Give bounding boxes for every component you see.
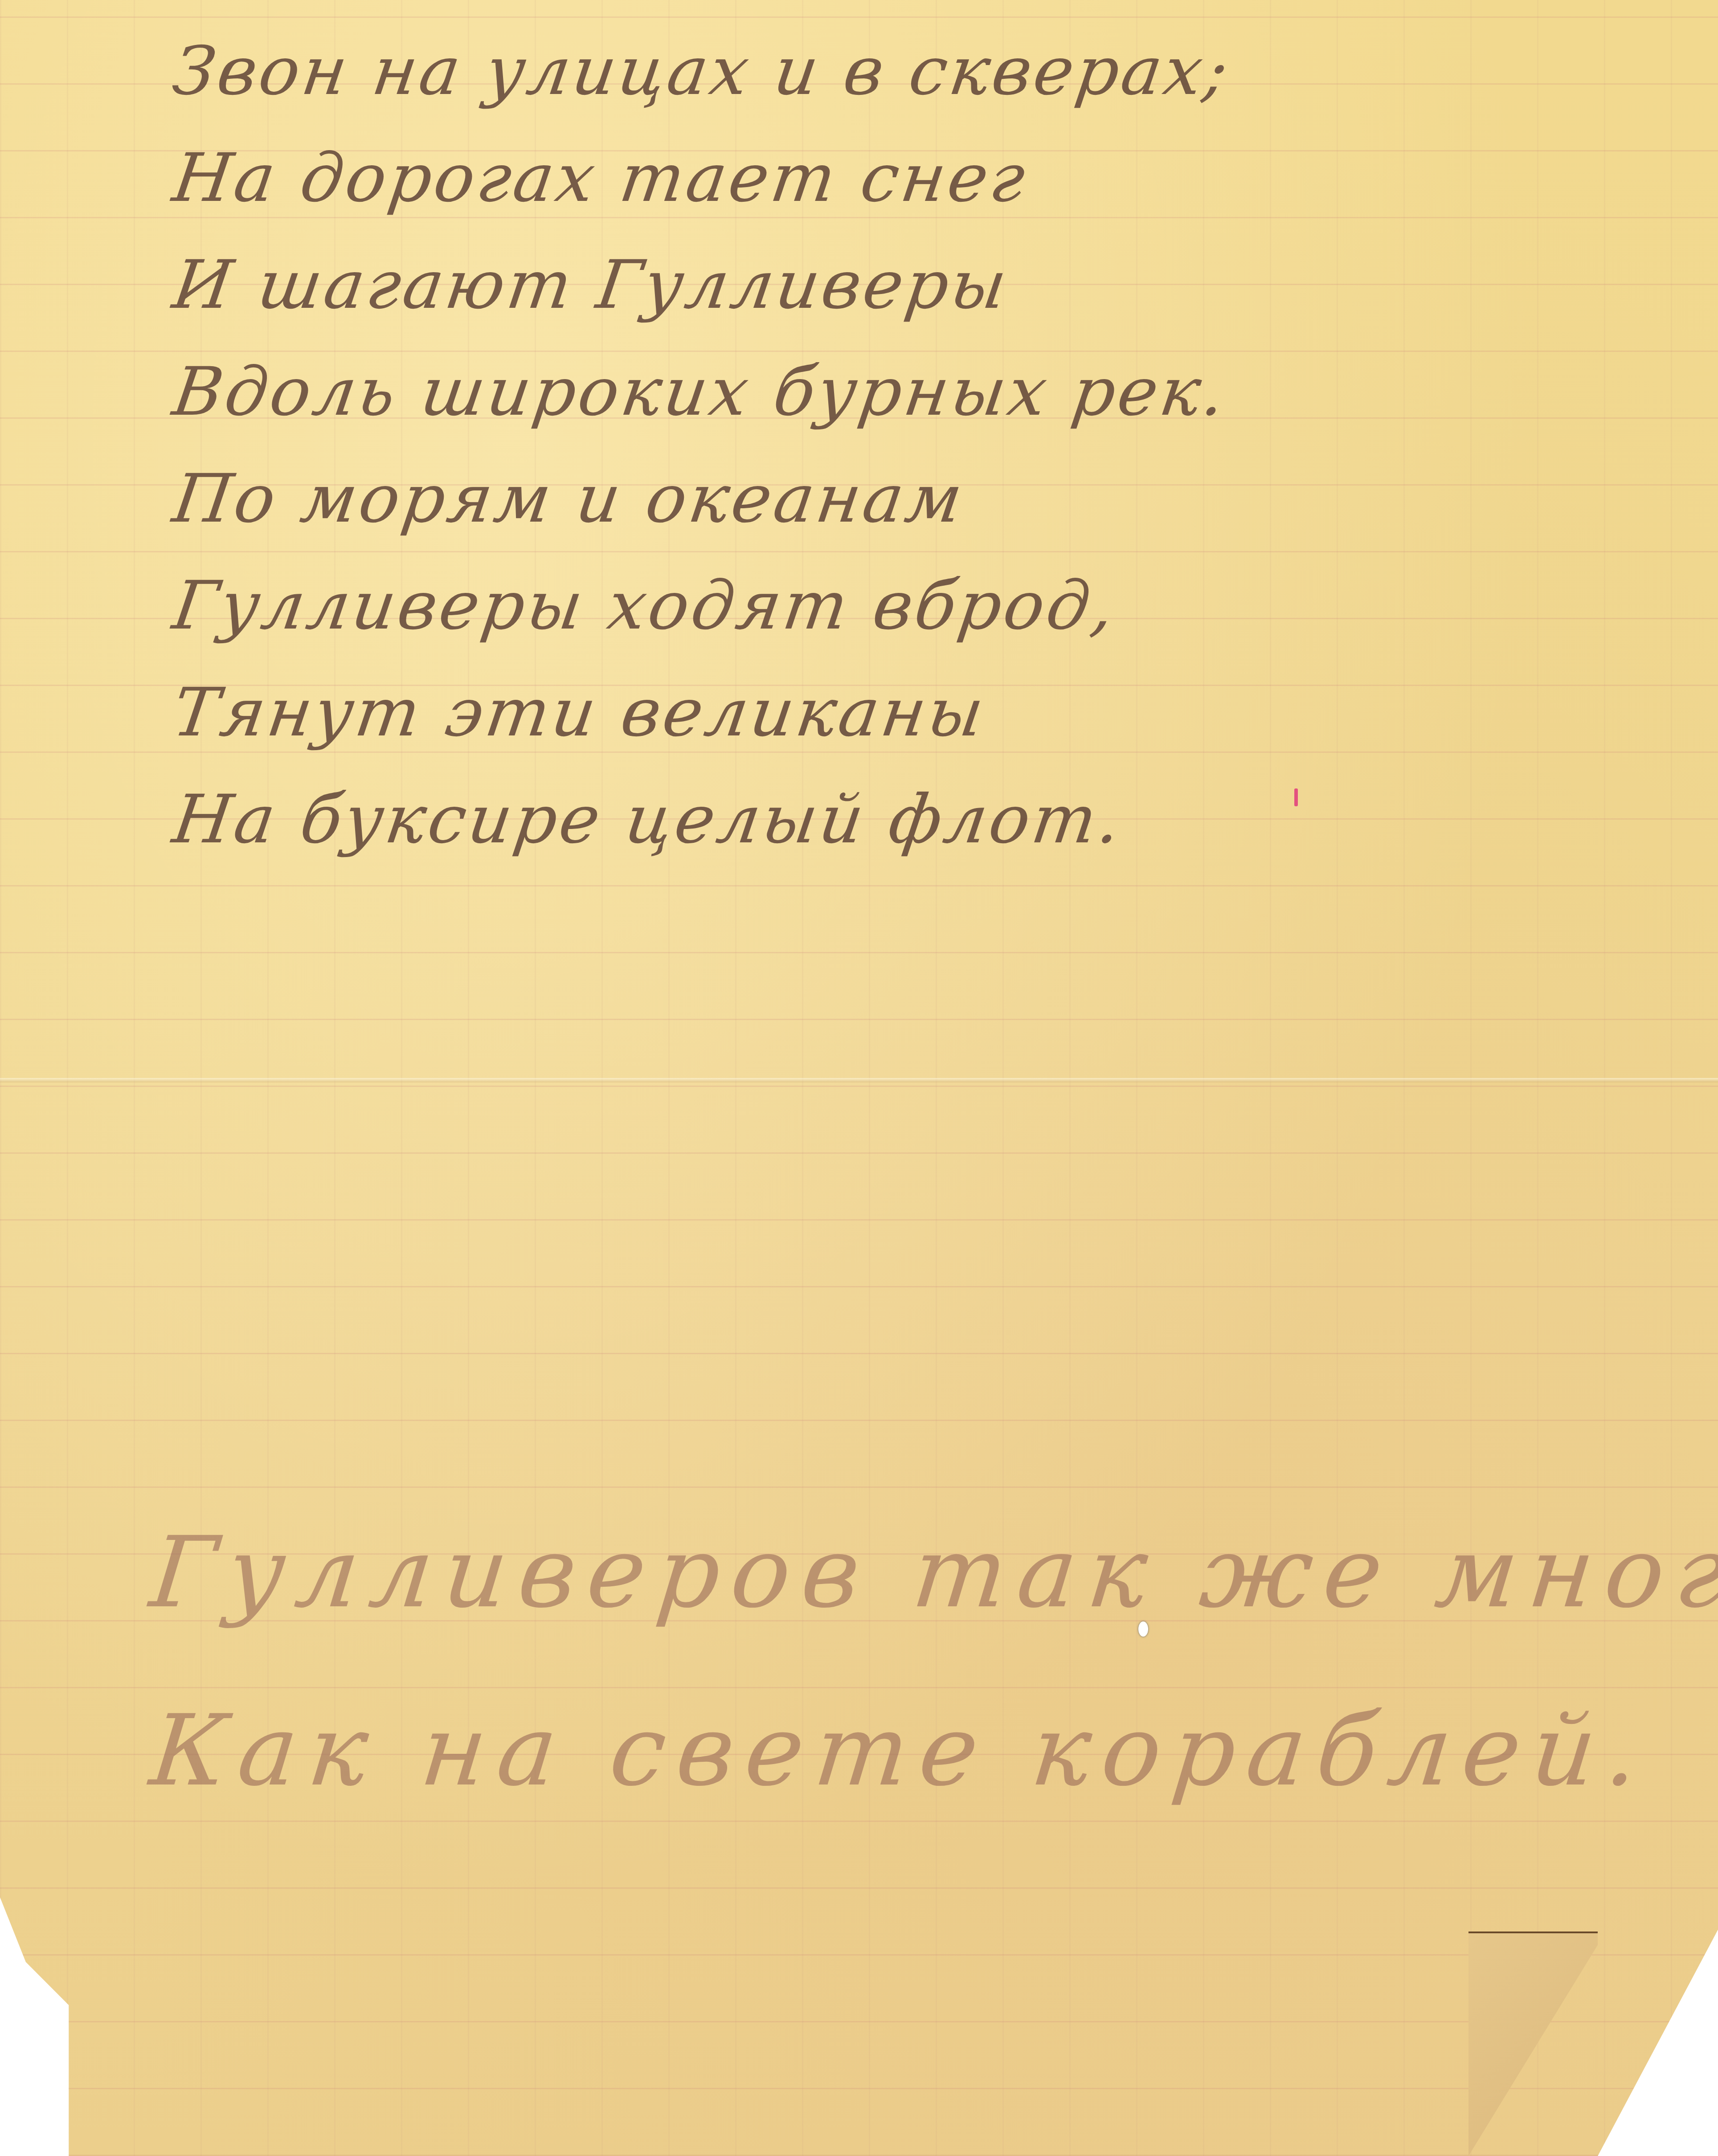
verse-line: Как на свете кораблей. bbox=[142, 1662, 1718, 1840]
verse-line: Гулливеров так же много, bbox=[142, 1483, 1718, 1662]
paper-sheet: Звон на улицах и в скверах; На дорогах т… bbox=[0, 0, 1718, 2156]
verse-line: Вдоль широких бурных рек. bbox=[166, 339, 1237, 445]
verse-line: По морям и океанам bbox=[166, 445, 1237, 552]
stanza-1: Звон на улицах и в скверах; На дорогах т… bbox=[174, 18, 1230, 873]
verse-line: На дорогах тает снег bbox=[166, 125, 1237, 232]
fold-crease bbox=[0, 1078, 1718, 1082]
stanza-2: Гулливеров так же много, Как на свете ко… bbox=[151, 1483, 1718, 1840]
verse-line: И шагают Гулливеры bbox=[166, 232, 1237, 339]
verse-line: На буксире целый флот. bbox=[166, 766, 1237, 873]
ink-mark bbox=[1294, 788, 1298, 806]
paper-hole bbox=[1138, 1621, 1148, 1637]
verse-line: Звон на улицах и в скверах; bbox=[166, 18, 1237, 125]
verse-line: Тянут эти великаны bbox=[166, 659, 1237, 766]
verse-line: Гулливеры ходят вброд, bbox=[166, 552, 1237, 659]
